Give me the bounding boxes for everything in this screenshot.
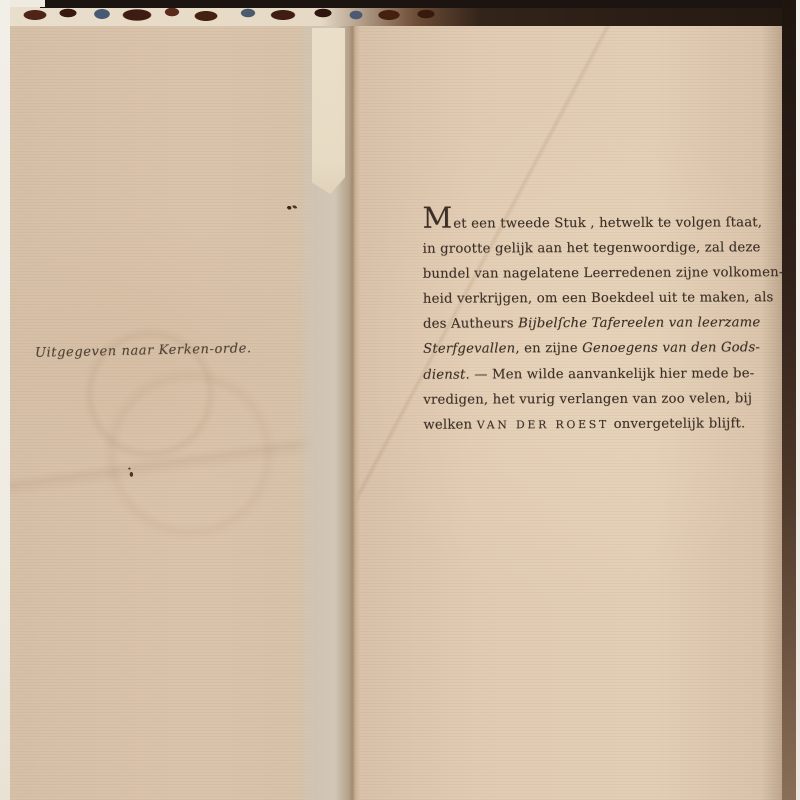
paragraph-line: in grootte gelijk aan het tegenwoordige,… (423, 240, 745, 266)
paragraph-line: Met een tweede Stuk , hetwelk te volgen … (423, 215, 745, 241)
photo-edge-left (0, 0, 10, 800)
text-segment: — Men wilde aanvankelijk hier mede be- (470, 366, 755, 382)
text-segment: VAN DER ROEST (477, 418, 609, 432)
text-segment: M (422, 201, 453, 235)
left-page-imprint-note: Uitgegeven naar Kerken-orde. (35, 340, 295, 360)
paragraph-line: dienst. — Men wilde aanvankelijk hier me… (423, 366, 745, 392)
text-segment: dienst. (423, 367, 470, 382)
paragraph-line: des Autheurs Bijbelſche Tafereelen van l… (423, 316, 745, 342)
paragraph-line: Sterfgevallen, en zijne Genoegens van de… (423, 341, 745, 367)
left-page: Uitgegeven naar Kerken-orde. (10, 24, 350, 800)
text-segment: welken (423, 417, 476, 432)
text-segment: des Autheurs (423, 317, 518, 332)
paragraph-line: bundel van nagelatene Leerredenen zijne … (423, 265, 745, 291)
paragraph: Met een tweede Stuk , hetwelk te volgen … (423, 215, 746, 442)
text-segment: in grootte gelijk aan het tegenwoordige,… (423, 240, 761, 256)
text-segment: Sterfgevallen (423, 342, 515, 357)
photo-edge-right (796, 0, 800, 800)
text-segment: bundel van nagelatene Leerredenen zijne … (423, 265, 784, 282)
paragraph-line: vredigen, het vurig verlangen van zoo ve… (423, 391, 745, 417)
paper-repair-strip (312, 28, 345, 194)
text-segment: onvergetelijk blijft. (609, 416, 746, 432)
text-segment: , en zijne (515, 341, 582, 356)
right-page: Met een tweede Stuk , hetwelk te volgen … (350, 24, 783, 800)
marble-pattern (10, 6, 480, 26)
cover-top-edge (40, 0, 800, 8)
text-segment: Bijbelſche Tafereelen van leerzame (518, 316, 760, 332)
text-segment: heid verkrijgen, om een Boekdeel uit te … (423, 290, 774, 307)
paragraph-line: welken VAN DER ROEST onvergetelijk blijf… (423, 416, 745, 442)
spine-shadow-band (782, 0, 796, 800)
paragraph-line: heid verkrijgen, om een Boekdeel uit te … (423, 291, 745, 317)
text-segment: et een tweede Stuk , hetwelk te volgen ſ… (453, 215, 762, 231)
text-segment: vredigen, het vurig verlangen van zoo ve… (423, 391, 752, 407)
text-segment: Genoegens van den Gods- (582, 341, 760, 357)
book-photo: Uitgegeven naar Kerken-orde. Met een twe… (0, 0, 800, 800)
